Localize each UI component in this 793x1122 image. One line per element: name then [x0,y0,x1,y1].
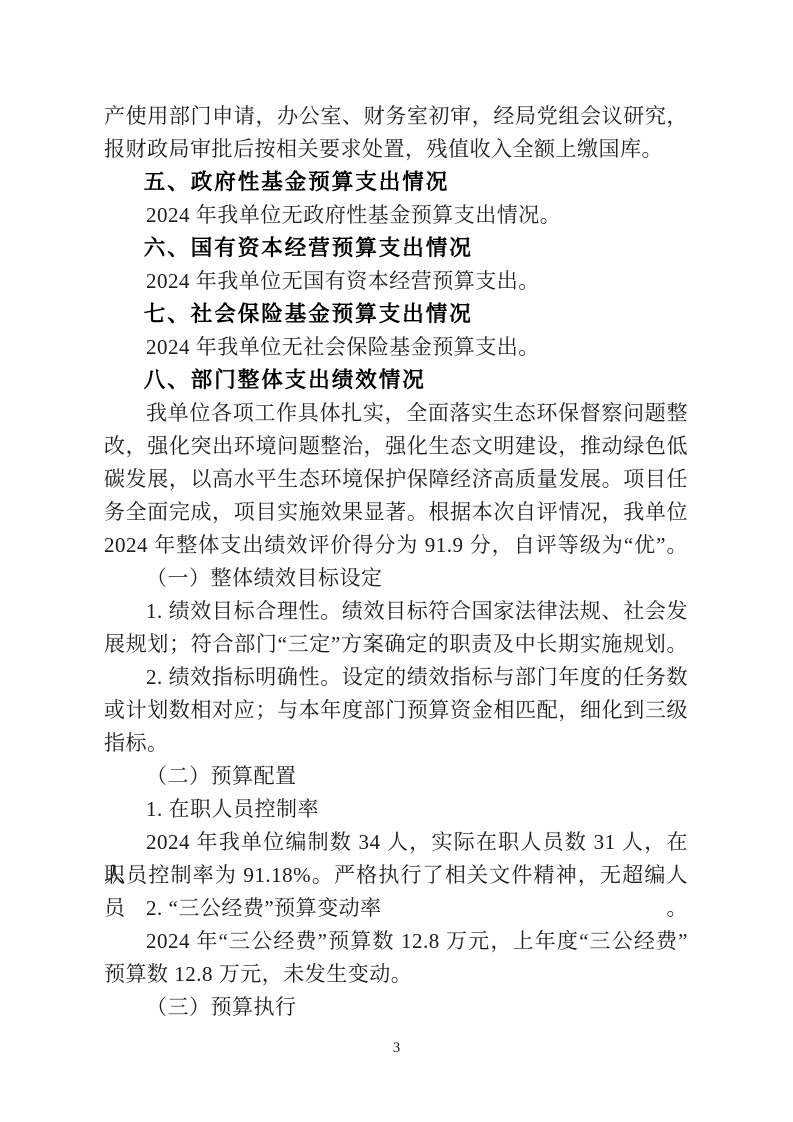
document-body: 产使用部门申请，办公室、财务室初审，经局党组会议研究， 报财政局审批后按相关要求… [104,100,688,1024]
heading-section-six: 六、国有资本经营预算支出情况 [104,232,688,265]
paragraph-line: 改，强化突出环境问题整治，强化生态文明建设，推动绿色低 [104,430,688,463]
paragraph-line: 产使用部门申请，办公室、财务室初审，经局党组会议研究， [104,100,688,133]
paragraph-line: 人员控制率为 91.18%。严格执行了相关文件精神，无超编人员。 [104,859,688,892]
paragraph-line: 1. 绩效目标合理性。绩效目标符合国家法律法规、社会发 [104,595,688,628]
paragraph-line: 预算数 12.8 万元，未发生变动。 [104,958,688,991]
heading-section-eight: 八、部门整体支出绩效情况 [104,364,688,397]
paragraph-line: 2024 年我单位编制数 34 人，实际在职人员数 31 人，在职 [104,826,688,859]
paragraph-line: 碳发展，以高水平生态环境保护保障经济高质量发展。项目任 [104,463,688,496]
subheading-staff-control: 1. 在职人员控制率 [104,793,688,826]
heading-section-seven: 七、社会保险基金预算支出情况 [104,298,688,331]
paragraph-line: 指标。 [104,727,688,760]
subheading-budget-exec: （三）预算执行 [104,991,688,1024]
paragraph-line: 2024 年我单位无国有资本经营预算支出。 [104,265,688,298]
paragraph-line: 2. 绩效指标明确性。设定的绩效指标与部门年度的任务数 [104,661,688,694]
paragraph-line: 我单位各项工作具体扎实，全面落实生态环保督察问题整 [104,397,688,430]
paragraph-line: 2024 年我单位无社会保险基金预算支出。 [104,331,688,364]
paragraph-line: 2024 年我单位无政府性基金预算支出情况。 [104,199,688,232]
document-page: 产使用部门申请，办公室、财务室初审，经局党组会议研究， 报财政局审批后按相关要求… [0,0,793,1122]
paragraph-line: 或计划数相对应；与本年度部门预算资金相匹配，细化到三级 [104,694,688,727]
page-number: 3 [0,1038,793,1058]
paragraph-line: 2024 年整体支出绩效评价得分为 91.9 分，自评等级为“优”。 [104,529,688,562]
paragraph-line: 务全面完成，项目实施效果显著。根据本次自评情况，我单位 [104,496,688,529]
paragraph-line: 2024 年“三公经费”预算数 12.8 万元，上年度“三公经费” [104,925,688,958]
paragraph-line: 报财政局审批后按相关要求处置，残值收入全额上缴国库。 [104,133,688,166]
paragraph-line: 展规划；符合部门“三定”方案确定的职责及中长期实施规划。 [104,628,688,661]
subheading-goal-setting: （一）整体绩效目标设定 [104,562,688,595]
heading-section-five: 五、政府性基金预算支出情况 [104,166,688,199]
subheading-budget-config: （二）预算配置 [104,760,688,793]
